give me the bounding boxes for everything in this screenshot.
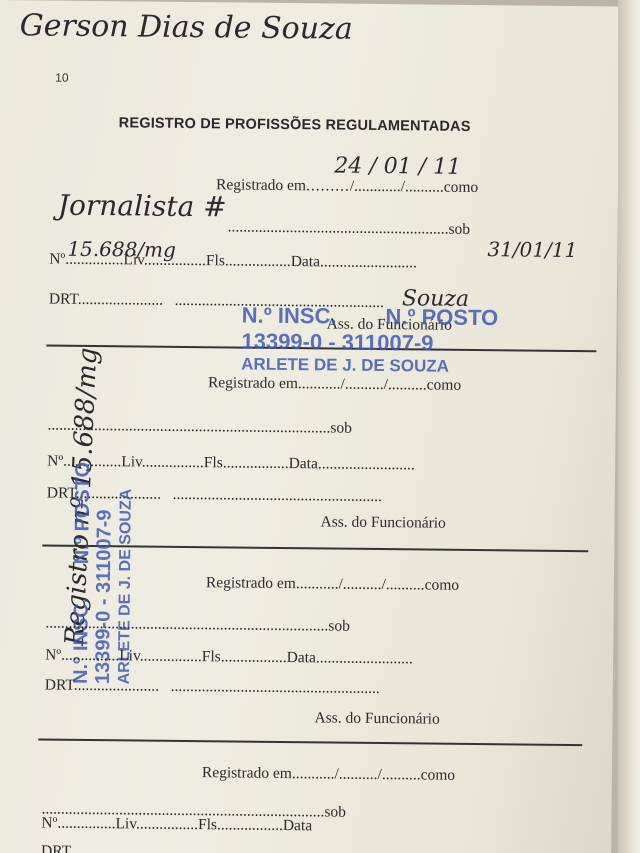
entry-4: Registrado em.........../........../....… [0, 0, 620, 6]
label: Ass. do Funcionário [314, 709, 439, 728]
label: Nº [41, 814, 57, 831]
label: como [421, 766, 456, 783]
label: Data [291, 253, 320, 270]
document-page: Gerson Dias de Souza 10 REGISTRO DE PROF… [0, 0, 620, 853]
label: como [444, 179, 479, 196]
page-title: REGISTRO DE PROFISSÕES REGULAMENTADAS [119, 115, 471, 135]
page-edge [618, 0, 640, 853]
label: Liv [119, 647, 140, 664]
label: Nº [45, 647, 61, 664]
label: Fls [204, 454, 223, 471]
entry-no: 15.688/mg [67, 237, 176, 262]
label: como [425, 576, 460, 593]
label: sob [324, 803, 346, 820]
label: sob [328, 617, 350, 634]
label: Registrado em [206, 574, 296, 592]
label: Data [289, 455, 318, 472]
label: sob [330, 419, 352, 436]
entry-data: 31/01/11 [487, 237, 577, 262]
label: DRT [49, 291, 78, 308]
label: Fls [202, 648, 221, 665]
entry-1: Registrado em........./............/....… [0, 0, 620, 6]
entry-profession: Jornalista # [58, 189, 227, 224]
label: Data [283, 817, 312, 834]
stamp-vertical: N.º INSC. N.º POSTO 13399-0 - 311007-9 A… [70, 384, 139, 685]
label: DRT [45, 677, 74, 694]
label: Registrado em [216, 176, 306, 194]
label: Ass. do Funcionário [320, 513, 445, 532]
divider [38, 738, 582, 745]
label: DRT [41, 842, 71, 853]
label: Fls [206, 252, 225, 269]
label: Liv [115, 815, 136, 832]
stamp-horizontal: N.º INSC. N.º POSTO 13399-0 - 311007-9 A… [241, 303, 498, 378]
entry-2: Registrado em.........../........../....… [0, 0, 620, 6]
entry-3: Registrado em.........../........../....… [0, 0, 620, 6]
label: Nº [47, 453, 63, 470]
page-number: 10 [55, 71, 69, 85]
label: Data [287, 649, 316, 666]
label: sob [448, 221, 470, 238]
entry-date: 24 / 01 / 11 [334, 154, 461, 180]
label: Fls [198, 816, 217, 833]
label: Registrado em [208, 374, 298, 392]
label: Nº [49, 251, 65, 268]
handwritten-name: Gerson Dias de Souza [20, 8, 353, 46]
label: Registrado em [202, 764, 292, 782]
label: como [427, 376, 462, 393]
